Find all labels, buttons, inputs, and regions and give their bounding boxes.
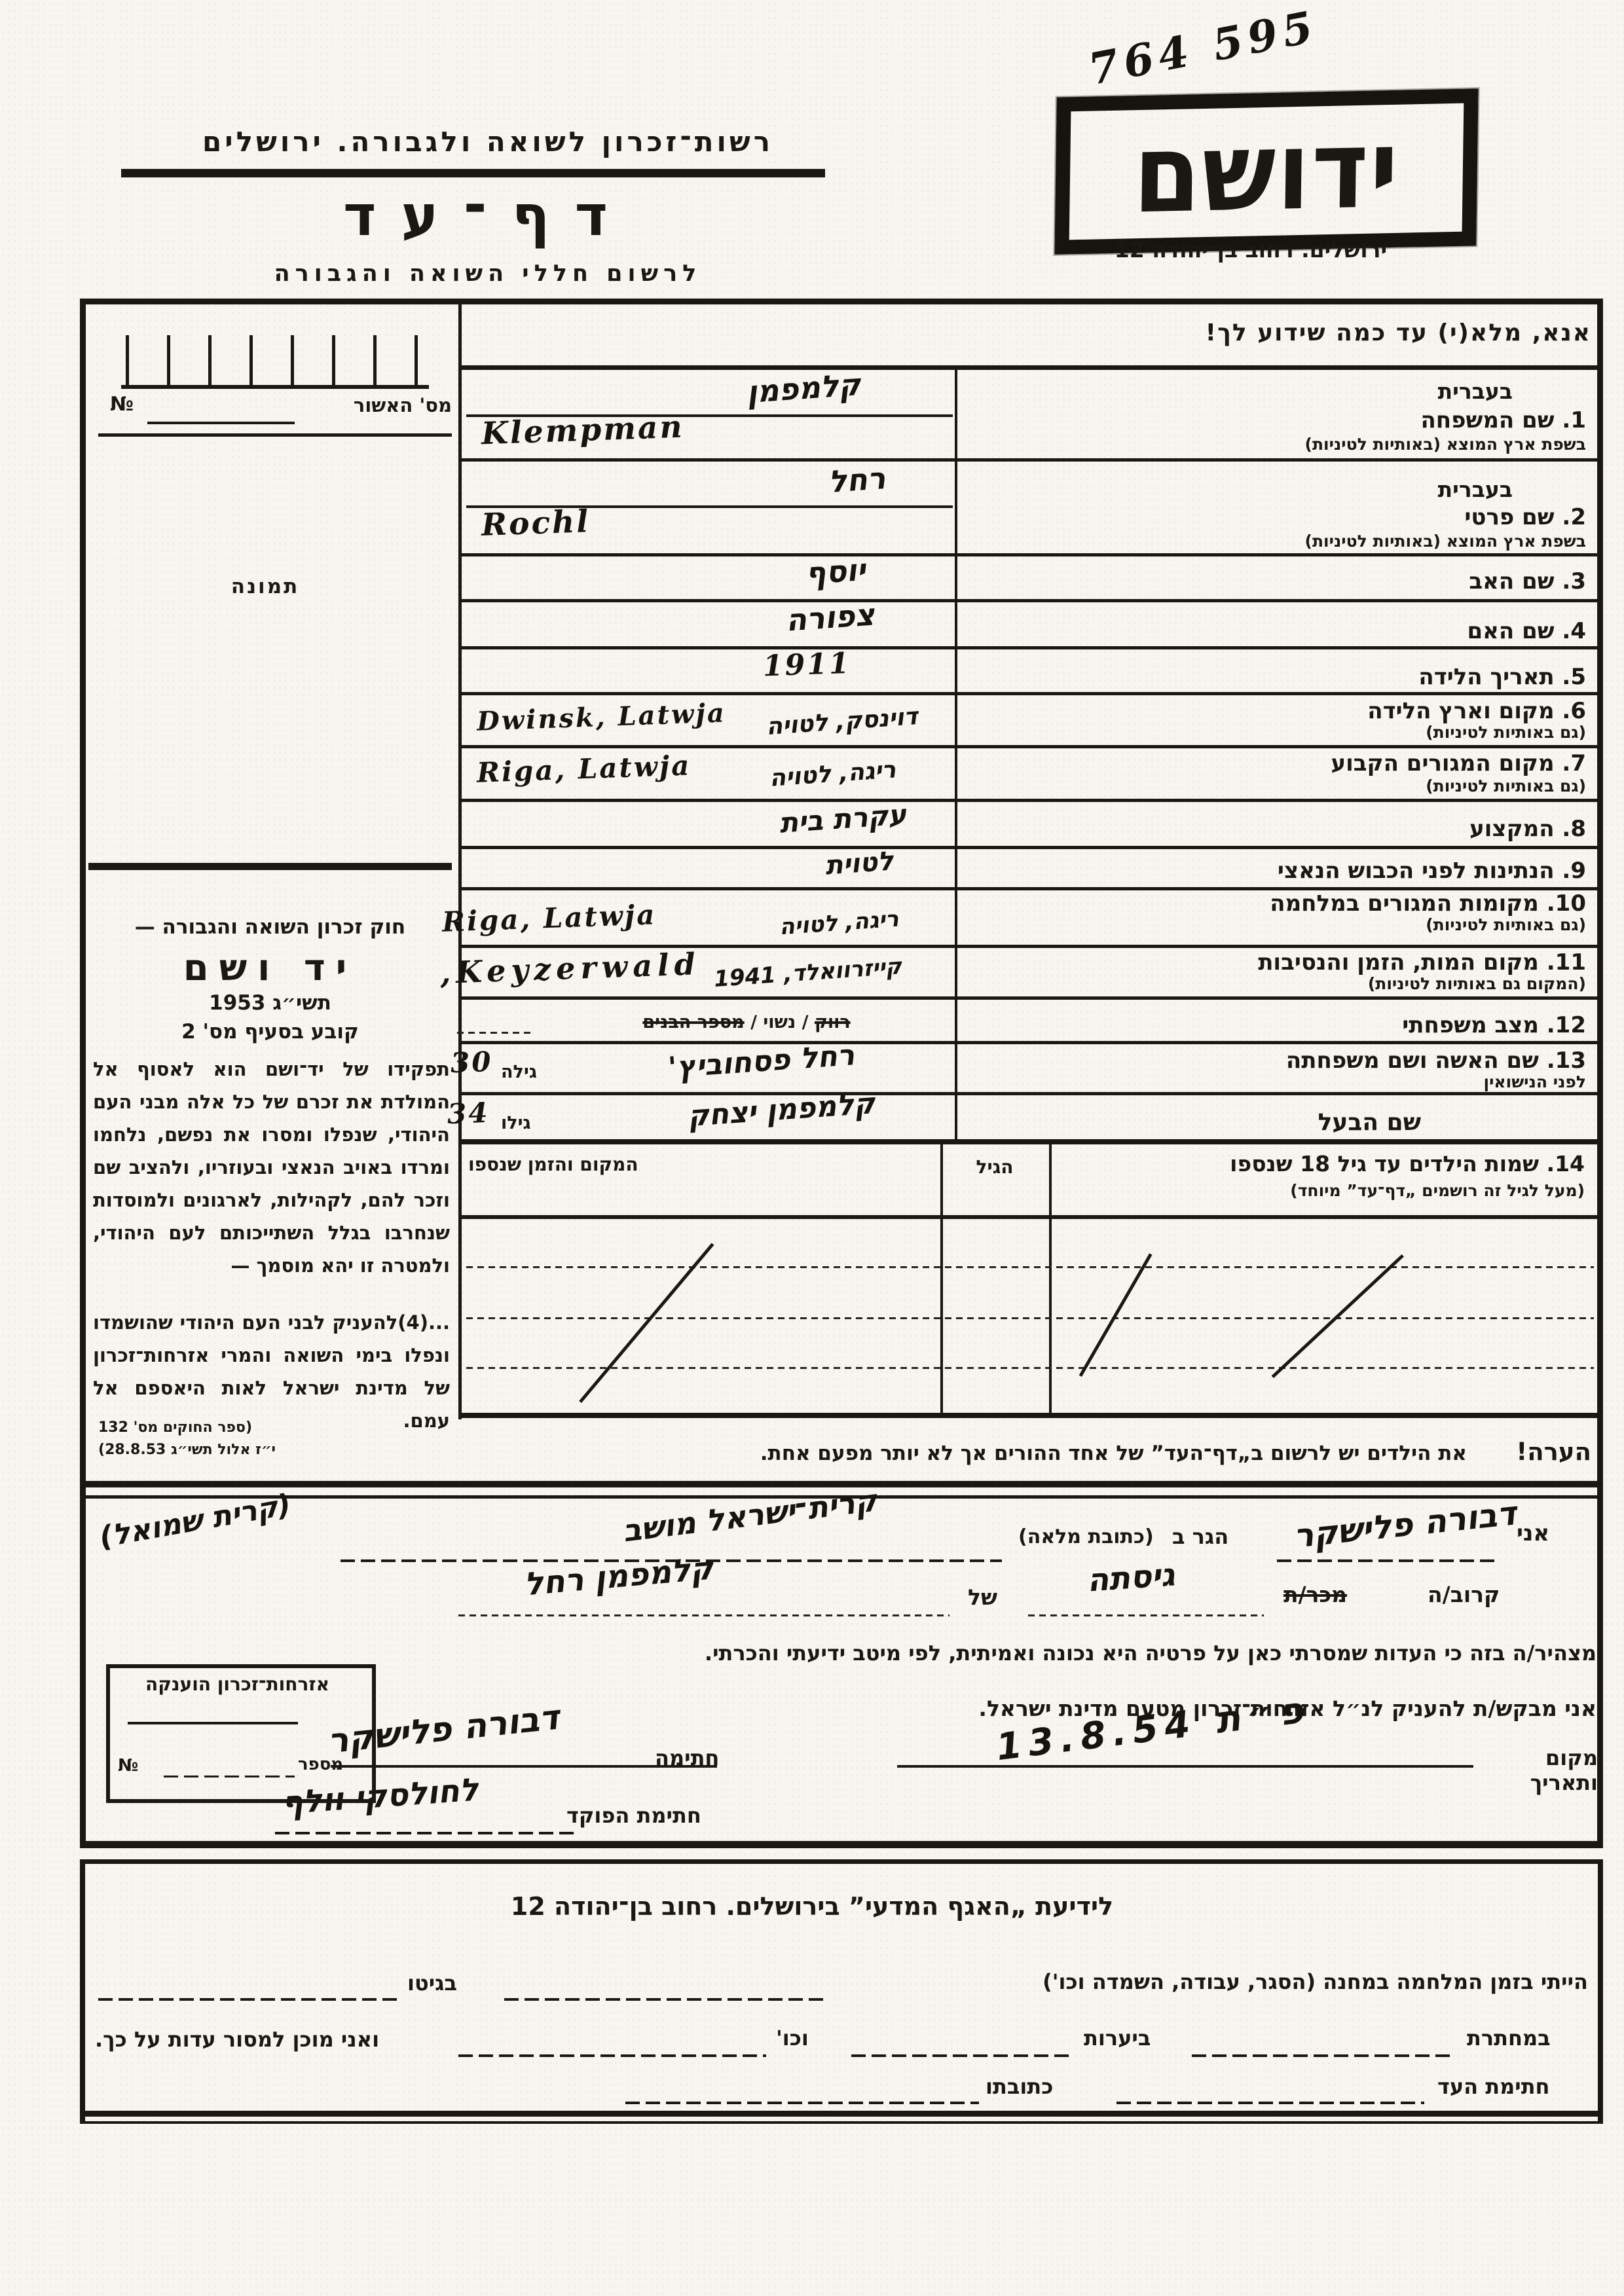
org-title-rule bbox=[121, 169, 825, 177]
witness-address-bottom-line bbox=[625, 2102, 979, 2104]
answer-residence-hebrew: ריגה, לטויה bbox=[769, 756, 897, 792]
rule-row11 bbox=[462, 996, 1597, 1000]
option-single-struck: רווק bbox=[815, 1012, 851, 1032]
option-children-count-struck: מספר הבנים bbox=[642, 1012, 744, 1032]
answer-birthplace-hebrew: דוינסק, לטויה bbox=[766, 703, 919, 740]
serial-number-line bbox=[147, 422, 295, 424]
answer-residence-latin: Riga, Latwja bbox=[476, 749, 692, 788]
official-signature-label: חתימת הפוקד bbox=[566, 1803, 701, 1828]
law-source-line1: (ספר החוקים מס' 132 bbox=[98, 1419, 252, 1436]
field8-label: 8. המקצוע bbox=[963, 816, 1586, 842]
law-yad-vashem-logo-text: יד ושם bbox=[92, 947, 449, 989]
field10-sublabel: (גם באותיות לטיניות) bbox=[963, 915, 1586, 934]
field12-label: 12. מצב משפחתי bbox=[963, 1012, 1586, 1038]
children-cancel-slash-names bbox=[1272, 1254, 1404, 1378]
option-separator1: / bbox=[796, 1012, 815, 1032]
answer-birthplace-latin: Dwinsk, Latwja bbox=[476, 697, 726, 737]
children-table-divider2 bbox=[1049, 1144, 1052, 1414]
serial-bottom-line bbox=[98, 433, 452, 437]
rule-row4 bbox=[462, 646, 1597, 649]
answer-surname-latin: Klempman bbox=[481, 409, 684, 452]
official-signature-line bbox=[275, 1832, 576, 1834]
children-row-line3 bbox=[466, 1367, 1594, 1369]
granted-number-line bbox=[164, 1776, 295, 1777]
instruction-rule bbox=[462, 365, 1597, 370]
witness-signature-bottom-line bbox=[1116, 2102, 1424, 2104]
rule-row2 bbox=[462, 553, 1597, 556]
ghetto-answer-line bbox=[98, 1998, 399, 2001]
field13-sublabel: לפני הנישואין bbox=[963, 1072, 1586, 1091]
photo-column-divider bbox=[458, 302, 462, 1419]
field1-label: 1. שם המשפחה bbox=[963, 407, 1586, 433]
rule-row10 bbox=[462, 945, 1597, 948]
serial-comb-baseline bbox=[121, 385, 429, 389]
page-of-testimony-scan: 595 764 ידושם ירושלים. רחוב בן־יהודה 12 … bbox=[0, 0, 1624, 2296]
form-title: דף־עד bbox=[151, 183, 825, 249]
wife-age-value: 30 bbox=[450, 1046, 493, 1079]
underground-label: במחתרת bbox=[1467, 2026, 1551, 2050]
victim-name-handwritten: קלמפמן רחל bbox=[523, 1550, 714, 1603]
note-label: הערה! bbox=[1473, 1438, 1591, 1466]
wife-age-label: גילה bbox=[501, 1062, 537, 1082]
law-intro: חוק זכרון השואה והגבורה — bbox=[92, 915, 449, 939]
answer-citizenship: לטוית bbox=[824, 846, 895, 881]
children-cancel-slash-age bbox=[1079, 1253, 1153, 1377]
children-table-top-border bbox=[462, 1139, 1597, 1144]
science-box-border-bottom2 bbox=[80, 2121, 1603, 2124]
children-row-line2 bbox=[466, 1317, 1594, 1319]
photo-placeholder-label: תמונה bbox=[216, 575, 314, 598]
field6-label: 6. מקום וארץ הלידה bbox=[963, 698, 1586, 724]
form-subtitle: לרשום חללי השואה והגבורה bbox=[151, 261, 825, 287]
main-box-border-top bbox=[80, 299, 1603, 304]
granted-citizenship-title: אזרחות־זכרון הוענקה bbox=[115, 1673, 360, 1695]
option-married: נשוי bbox=[763, 1012, 796, 1032]
granted-number-sign: № bbox=[118, 1756, 138, 1776]
answer-death-place-latin: Keyzerwald, bbox=[439, 946, 701, 991]
willing-to-testify-text: ואני מוכן למסור עדות על כך. bbox=[95, 2027, 379, 2052]
answer-surname-hebrew: קלמפמן bbox=[745, 367, 862, 410]
witness-address-bottom-label: כתובתו bbox=[986, 2074, 1053, 2099]
yad-vashem-logo-text: ידושם bbox=[1132, 105, 1400, 237]
relative-label: קרוב/ה bbox=[1428, 1582, 1500, 1607]
witness-address-handwritten: קרית־ישראל מושב bbox=[621, 1482, 879, 1548]
law-section: קובע בסעיף מס' 2 bbox=[92, 1020, 449, 1044]
field3-label: 3. שם האב bbox=[963, 568, 1586, 594]
relation-line bbox=[1028, 1614, 1264, 1616]
serial-approval-label: מס' האשור bbox=[301, 394, 452, 416]
witness-signature-line bbox=[331, 1765, 717, 1768]
etc-answer-line bbox=[458, 2054, 766, 2057]
field2-language-label: בעברית bbox=[963, 477, 1513, 502]
witness-name-line bbox=[1277, 1559, 1500, 1562]
declaration-resident-label: הגר ב bbox=[1172, 1524, 1228, 1549]
field11-sublabel: (המקום גם באותיות לטיניות) bbox=[963, 974, 1586, 993]
law-year: תשי״ג 1953 bbox=[92, 991, 449, 1015]
children-header-rule bbox=[462, 1215, 1597, 1219]
science-box-border-top bbox=[80, 1859, 1603, 1864]
answer-firstname-hebrew: רחל bbox=[827, 460, 887, 500]
field2-label: 2. שם פרטי bbox=[963, 504, 1586, 530]
children-table-subtitle: (מעל לגיל זה רושמים „דף־עד” מיוחד) bbox=[1061, 1181, 1585, 1200]
field1-language-label: בעברית bbox=[963, 378, 1513, 404]
etc-label: וכו' bbox=[776, 2026, 809, 2050]
children-col-age: הגיל bbox=[940, 1156, 1049, 1178]
field13-label: 13. שם האשה ושם משפחתה bbox=[963, 1048, 1586, 1074]
children-table-divider1 bbox=[940, 1144, 943, 1414]
forests-label: ביערות bbox=[1084, 2026, 1151, 2050]
main-box-border-left bbox=[1597, 299, 1603, 1848]
org-title: רשות־זכרון לשואה ולגבורה. ירושלים bbox=[151, 126, 825, 158]
rule-row6 bbox=[462, 745, 1597, 748]
field7-label: 7. מקום המגורים הקבוע bbox=[963, 750, 1586, 776]
field9-label: 9. הנתינות לפני הכבוש הנאצי bbox=[963, 858, 1586, 884]
witness-name-handwritten: דבורה פלישקר bbox=[1292, 1494, 1518, 1555]
place-date-line bbox=[897, 1765, 1473, 1768]
field1-sublabel: בשפת ארץ המוצא (באותיות לטיניות) bbox=[963, 435, 1586, 454]
answer-war-residence-latin: Riga, Latwja bbox=[441, 898, 657, 938]
main-box-border-bottom bbox=[80, 1841, 1603, 1848]
option-separator2: / bbox=[745, 1012, 764, 1032]
field7-sublabel: (גם באותיות לטיניות) bbox=[963, 776, 1586, 795]
husband-age-label: גילו bbox=[501, 1113, 531, 1133]
field4-label: 4. שם האם bbox=[963, 618, 1586, 644]
declaration-address-label: (כתובת מלאה) bbox=[1018, 1525, 1154, 1548]
law-body: תפקידו של יד־ושם הוא לאסוף אל המולדת את … bbox=[93, 1053, 450, 1282]
answer-wife-maiden-name: רחל פסחוביץ' bbox=[667, 1038, 856, 1085]
children-table-bottom-border bbox=[462, 1413, 1597, 1418]
law-top-rule bbox=[88, 863, 452, 870]
rule-row7 bbox=[462, 799, 1597, 802]
relation-handwritten: גיסתה bbox=[1086, 1556, 1176, 1599]
husband-age-value: 34 bbox=[447, 1097, 490, 1130]
declaration-statement: מצהיר/ה בזה כי העדות שמסרתי כאן על פרטיה… bbox=[301, 1641, 1596, 1666]
serial-comb-ticks bbox=[126, 335, 427, 386]
science-box-border-right bbox=[80, 1859, 85, 2123]
children-col-place: המקום והזמן שנספו bbox=[468, 1154, 638, 1175]
science-box-border-left bbox=[1598, 1859, 1603, 2123]
answer-death-place-hebrew: קייזרוואלד, 1941 bbox=[713, 953, 902, 993]
granted-citizenship-line bbox=[128, 1722, 298, 1724]
witness-signature-bottom-label: חתימת העד bbox=[1437, 2074, 1550, 2099]
acquaintance-label-struck: מכר/ת bbox=[1283, 1582, 1347, 1607]
answer-profession: עקרת בית bbox=[779, 798, 908, 839]
of-label: של bbox=[968, 1584, 997, 1610]
children-table-title: 14. שמות הילדים עד גיל 18 שנספו bbox=[1061, 1151, 1585, 1176]
main-box-border-right bbox=[80, 299, 86, 1848]
yad-vashem-stamp: ידושם bbox=[1054, 88, 1478, 255]
science-box-title: לידיעת „האגף המדעי” בירושלים. רחוב בן־יה… bbox=[262, 1892, 1362, 1921]
stamp-caption: ירושלים. רחוב בן־יהודה 12 bbox=[1022, 237, 1480, 263]
place-date-label: מקום ותאריך bbox=[1477, 1745, 1598, 1795]
rule-row3 bbox=[462, 599, 1597, 602]
underground-answer-line bbox=[1192, 2054, 1454, 2057]
handwritten-file-number: 595 764 bbox=[1084, 1, 1322, 95]
marital-status-options: רווק / נשוי / מספר הבנים bbox=[537, 1012, 956, 1032]
law-clause: ‏...(4)להעניק לבני העם היהודי שהושמדו ונ… bbox=[93, 1306, 450, 1437]
serial-number-sign: № bbox=[110, 393, 134, 416]
rule-row8 bbox=[462, 846, 1597, 849]
answer-father-name: יוסף bbox=[804, 552, 866, 591]
science-box-border-bottom1 bbox=[80, 2111, 1603, 2117]
rule-row12 bbox=[462, 1041, 1597, 1044]
granted-number-label: מספר bbox=[298, 1755, 343, 1774]
field10-label: 10. מקומות המגורים במלחמה bbox=[963, 890, 1586, 917]
answer-birth-year: 1911 bbox=[762, 647, 851, 683]
rule-row1 bbox=[462, 458, 1597, 462]
husband-name-label: שם הבעל bbox=[963, 1109, 1421, 1136]
rule-row13 bbox=[462, 1092, 1597, 1095]
camp-answer-line bbox=[504, 1998, 828, 2001]
camp-question-text: הייתי בזמן המלחמה במחנה (הסגר, עבודה, הש… bbox=[841, 1969, 1588, 1994]
marital-status-leader-line bbox=[457, 1032, 530, 1034]
answer-firstname-latin: Rochl bbox=[481, 503, 591, 543]
declaration-i-label: אני bbox=[1517, 1520, 1549, 1546]
fill-instruction: אנא, מלא(י) עד כמה שידוע לך! bbox=[655, 319, 1591, 346]
rule-row5 bbox=[462, 692, 1597, 695]
note-text: את הילדים יש לרשום ב„דף־העד” של אחד ההור… bbox=[282, 1442, 1467, 1465]
field2-sublabel: בשפת ארץ המוצא (באותיות לטיניות) bbox=[963, 532, 1586, 551]
answer-war-residence-hebrew: ריגה, לטויה bbox=[779, 906, 900, 941]
forests-answer-line bbox=[851, 2054, 1074, 2057]
law-source-line2: י״ז אלול תשי״ג 28.8.53) bbox=[98, 1442, 276, 1458]
children-row-line1 bbox=[466, 1266, 1594, 1268]
ghetto-label: בגיטו bbox=[407, 1971, 457, 1995]
victim-name-line bbox=[458, 1614, 950, 1616]
field6-sublabel: (גם באותיות לטיניות) bbox=[963, 723, 1586, 742]
answer-mother-name: צפורה bbox=[784, 596, 876, 638]
field11-label: 11. מקום המות, הזמן והנסיבות bbox=[963, 949, 1586, 975]
field5-label: 5. תאריך הלידה bbox=[963, 664, 1586, 690]
